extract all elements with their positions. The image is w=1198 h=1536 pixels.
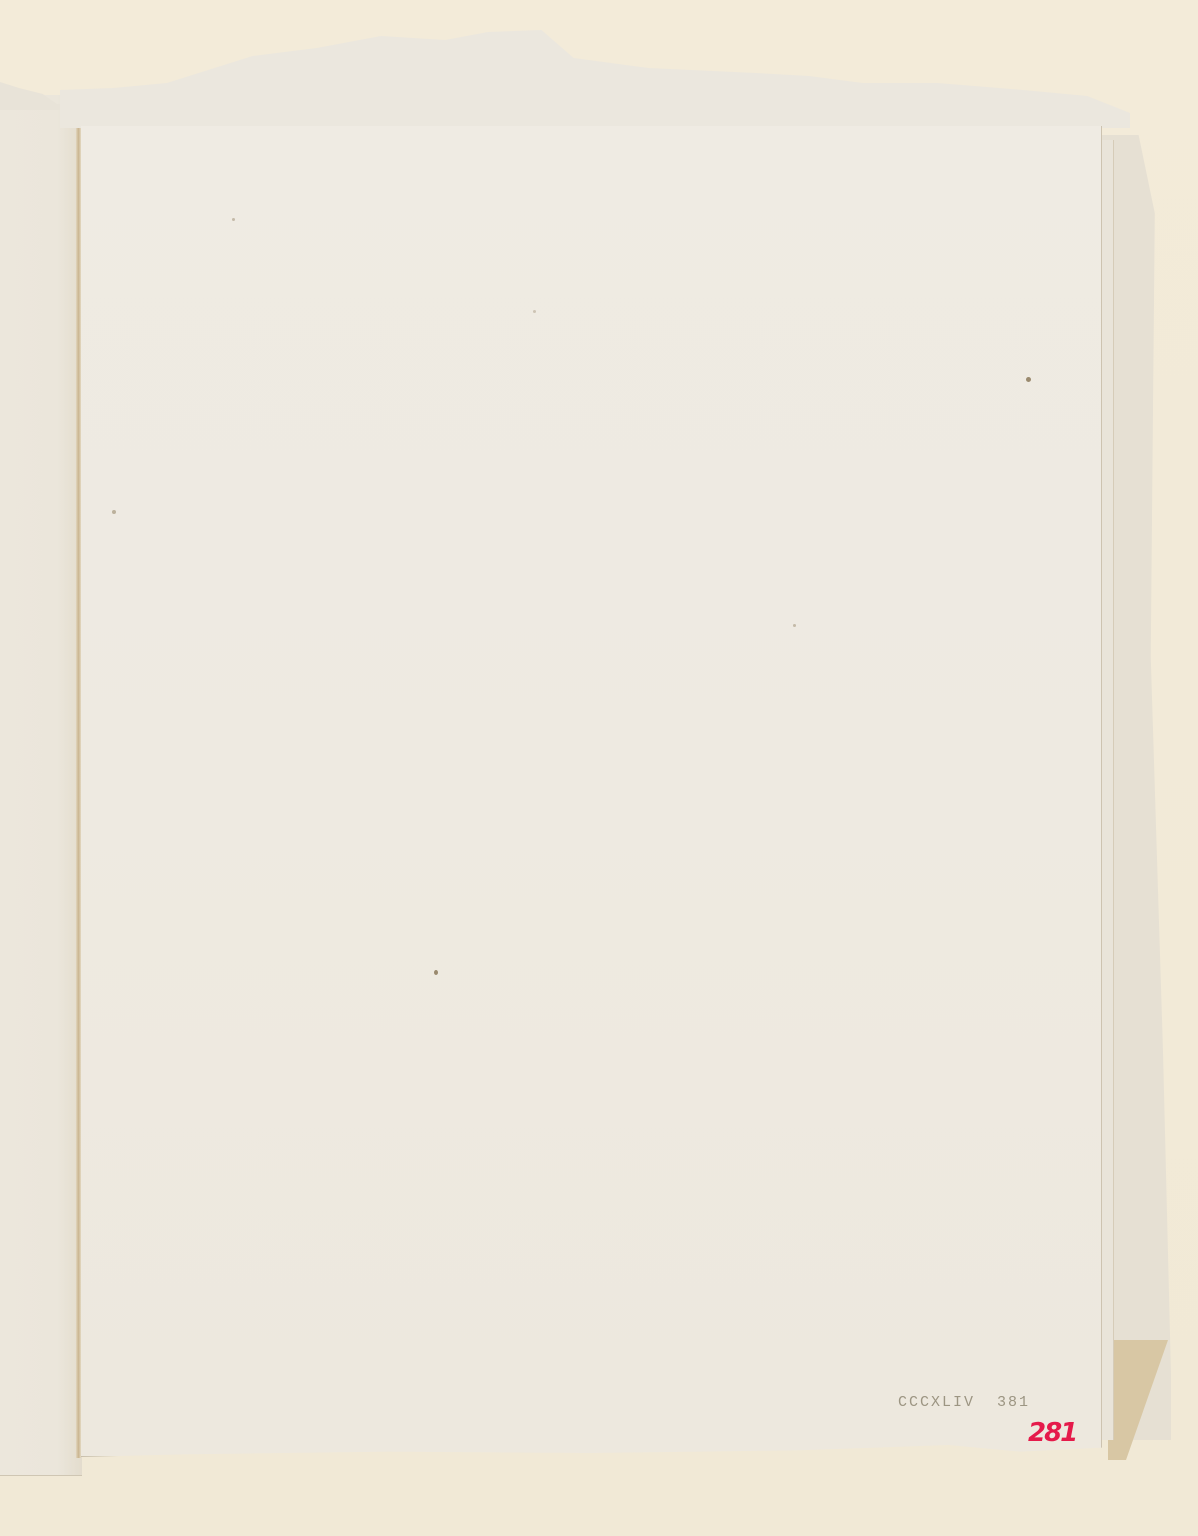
blank-page (81, 126, 1102, 1457)
paper-speck (1026, 377, 1031, 382)
archive-stamp: CCCXLIV 381 (898, 1394, 1030, 1411)
paper-speck (232, 218, 235, 221)
photo-background: CCCXLIV 381 281 (0, 0, 1198, 1536)
folio-number: 281 (1028, 1418, 1076, 1448)
paper-speck (112, 510, 116, 514)
paper-speck (533, 310, 536, 313)
book-gutter (76, 128, 81, 1458)
left-facing-page (0, 95, 82, 1476)
torn-top-margin-strip (60, 28, 1130, 128)
paper-speck (434, 970, 438, 975)
paper-speck (793, 624, 796, 627)
